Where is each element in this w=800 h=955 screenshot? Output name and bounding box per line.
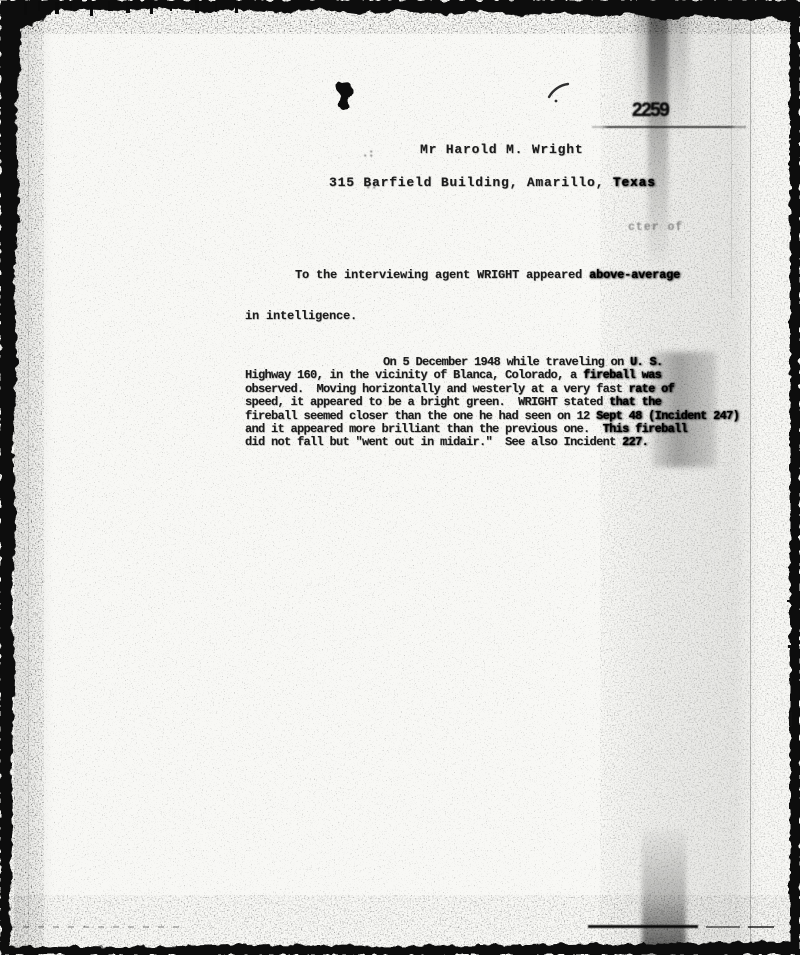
scan-smear (642, 828, 686, 955)
recipient-name: Mr Harold M. Wright (420, 142, 583, 157)
text-line: speed, it appeared to be a bright green.… (245, 396, 739, 409)
text-segment: and it appeared more brilliant than the … (245, 422, 603, 436)
text-line: did not fall but "went out in midair." S… (245, 436, 739, 449)
smudged-text: fireball was (583, 368, 661, 382)
recipient-address: 315 Barfield Building, Amarillo, Texas (329, 175, 656, 190)
text-segment: speed, it appeared to be a bright green.… (245, 395, 609, 409)
text-line: To the interviewing agent WRIGHT appeare… (245, 269, 680, 283)
smudged-text: above-average (589, 268, 680, 282)
scan-shading-left (14, 0, 54, 955)
faint-margin-mark: .: (365, 181, 377, 192)
smudged-text: Sept 48 (Incident 247) (596, 409, 739, 423)
scan-crease-line (28, 0, 29, 955)
scan-specks (787, 600, 792, 726)
page-number-stamp: 2259 (632, 100, 668, 122)
text-line: in intelligence. (245, 310, 680, 324)
scan-border-bottom (0, 941, 800, 955)
scan-tick-marks (24, 1, 238, 16)
scan-line-artifact (748, 926, 774, 928)
scanned-document-page: 2259 Mr Harold M. Wright 315 Barfield Bu… (0, 0, 800, 955)
scan-border-right (790, 0, 800, 955)
smudged-text: that the (609, 395, 661, 409)
film-grain (0, 0, 800, 34)
film-grain (600, 0, 790, 955)
interview-note: To the interviewing agent WRIGHT appeare… (245, 242, 680, 350)
scan-line-artifact (588, 925, 698, 928)
scan-shading-right (600, 0, 760, 955)
scan-crease-line (750, 0, 751, 955)
smudged-text: Texas (613, 175, 656, 190)
faint-margin-mark: .: (362, 149, 374, 160)
body-paragraph: On 5 December 1948 while traveling on U.… (245, 356, 739, 450)
scan-crease-line (731, 0, 732, 300)
scan-line-artifact (8, 926, 180, 928)
scan-border-top (0, 0, 800, 24)
text-segment: did not fall but "went out in midair." S… (245, 435, 622, 449)
smudged-text: 227. (622, 435, 648, 449)
text-segment: On 5 December 1948 while traveling on (383, 355, 630, 369)
pen-mark (549, 84, 568, 102)
smudged-text: U. S. (630, 355, 663, 369)
text-segment: To the interviewing agent WRIGHT appeare… (295, 268, 589, 282)
text-segment: Highway 160, in the vicinity of Blanca, … (245, 368, 583, 382)
text-segment: observed. Moving horizontally and wester… (245, 382, 629, 396)
scan-frame (0, 0, 800, 955)
scan-border-left (0, 0, 22, 955)
film-grain (0, 0, 44, 955)
ink-blot (337, 82, 352, 109)
scan-line-artifact (706, 926, 740, 928)
faint-text-fragment: cter of (628, 221, 683, 234)
film-grain (0, 0, 800, 955)
smudged-text: rate of (629, 382, 675, 396)
text-line: Highway 160, in the vicinity of Blanca, … (245, 369, 739, 382)
scan-border (0, 0, 800, 955)
smudged-text: This fireball (603, 422, 688, 436)
stamp-underline (592, 126, 746, 128)
text-segment: fireball seemed closer than the one he h… (245, 409, 596, 423)
